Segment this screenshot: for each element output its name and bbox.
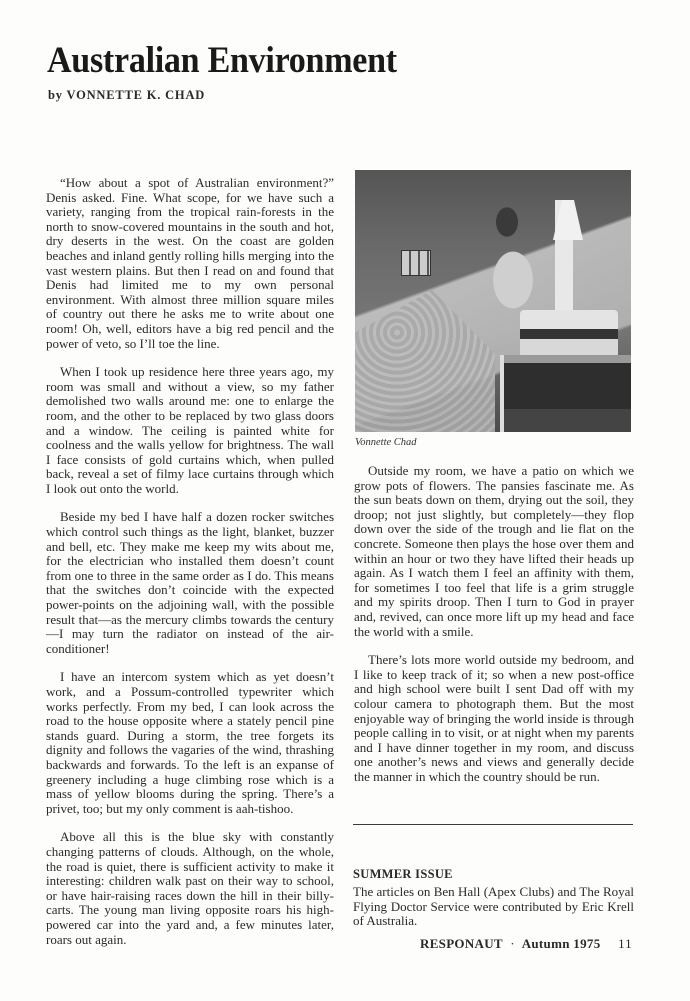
issue-date: Autumn 1975 (522, 936, 601, 951)
notice-heading: SUMMER ISSUE (353, 867, 453, 882)
switch-panel-graphic (401, 250, 431, 276)
author-photo (355, 170, 631, 432)
paragraph: “How about a spot of Australian environm… (46, 176, 334, 351)
photo-caption: Vonnette Chad (355, 437, 417, 448)
paragraph: There’s lots more world outside my bedro… (354, 653, 634, 784)
bedspread-graphic (355, 290, 495, 432)
paragraph: Outside my room, we have a patio on whic… (354, 464, 634, 639)
paragraph: I have an intercom system which as yet d… (46, 670, 334, 816)
paragraph: Beside my bed I have half a dozen rocker… (46, 510, 334, 656)
page-footer: RESPONAUT · Autumn 1975 11 (420, 936, 633, 952)
left-column: “How about a spot of Australian environm… (46, 176, 334, 947)
page-number: 11 (618, 936, 633, 951)
footer-separator: · (510, 936, 515, 951)
paragraph: Above all this is the blue sky with cons… (46, 830, 334, 947)
right-column: Outside my room, we have a patio on whic… (354, 464, 634, 784)
section-divider (353, 824, 633, 825)
article-title: Australian Environment (47, 42, 397, 79)
trolley-graphic (500, 355, 631, 432)
publication-name: RESPONAUT (420, 936, 503, 951)
article-byline: by VONNETTE K. CHAD (48, 88, 205, 103)
paragraph: When I took up residence here three year… (46, 365, 334, 496)
notice-body: The articles on Ben Hall (Apex Clubs) an… (353, 885, 634, 929)
typewriter-graphic (520, 310, 618, 358)
